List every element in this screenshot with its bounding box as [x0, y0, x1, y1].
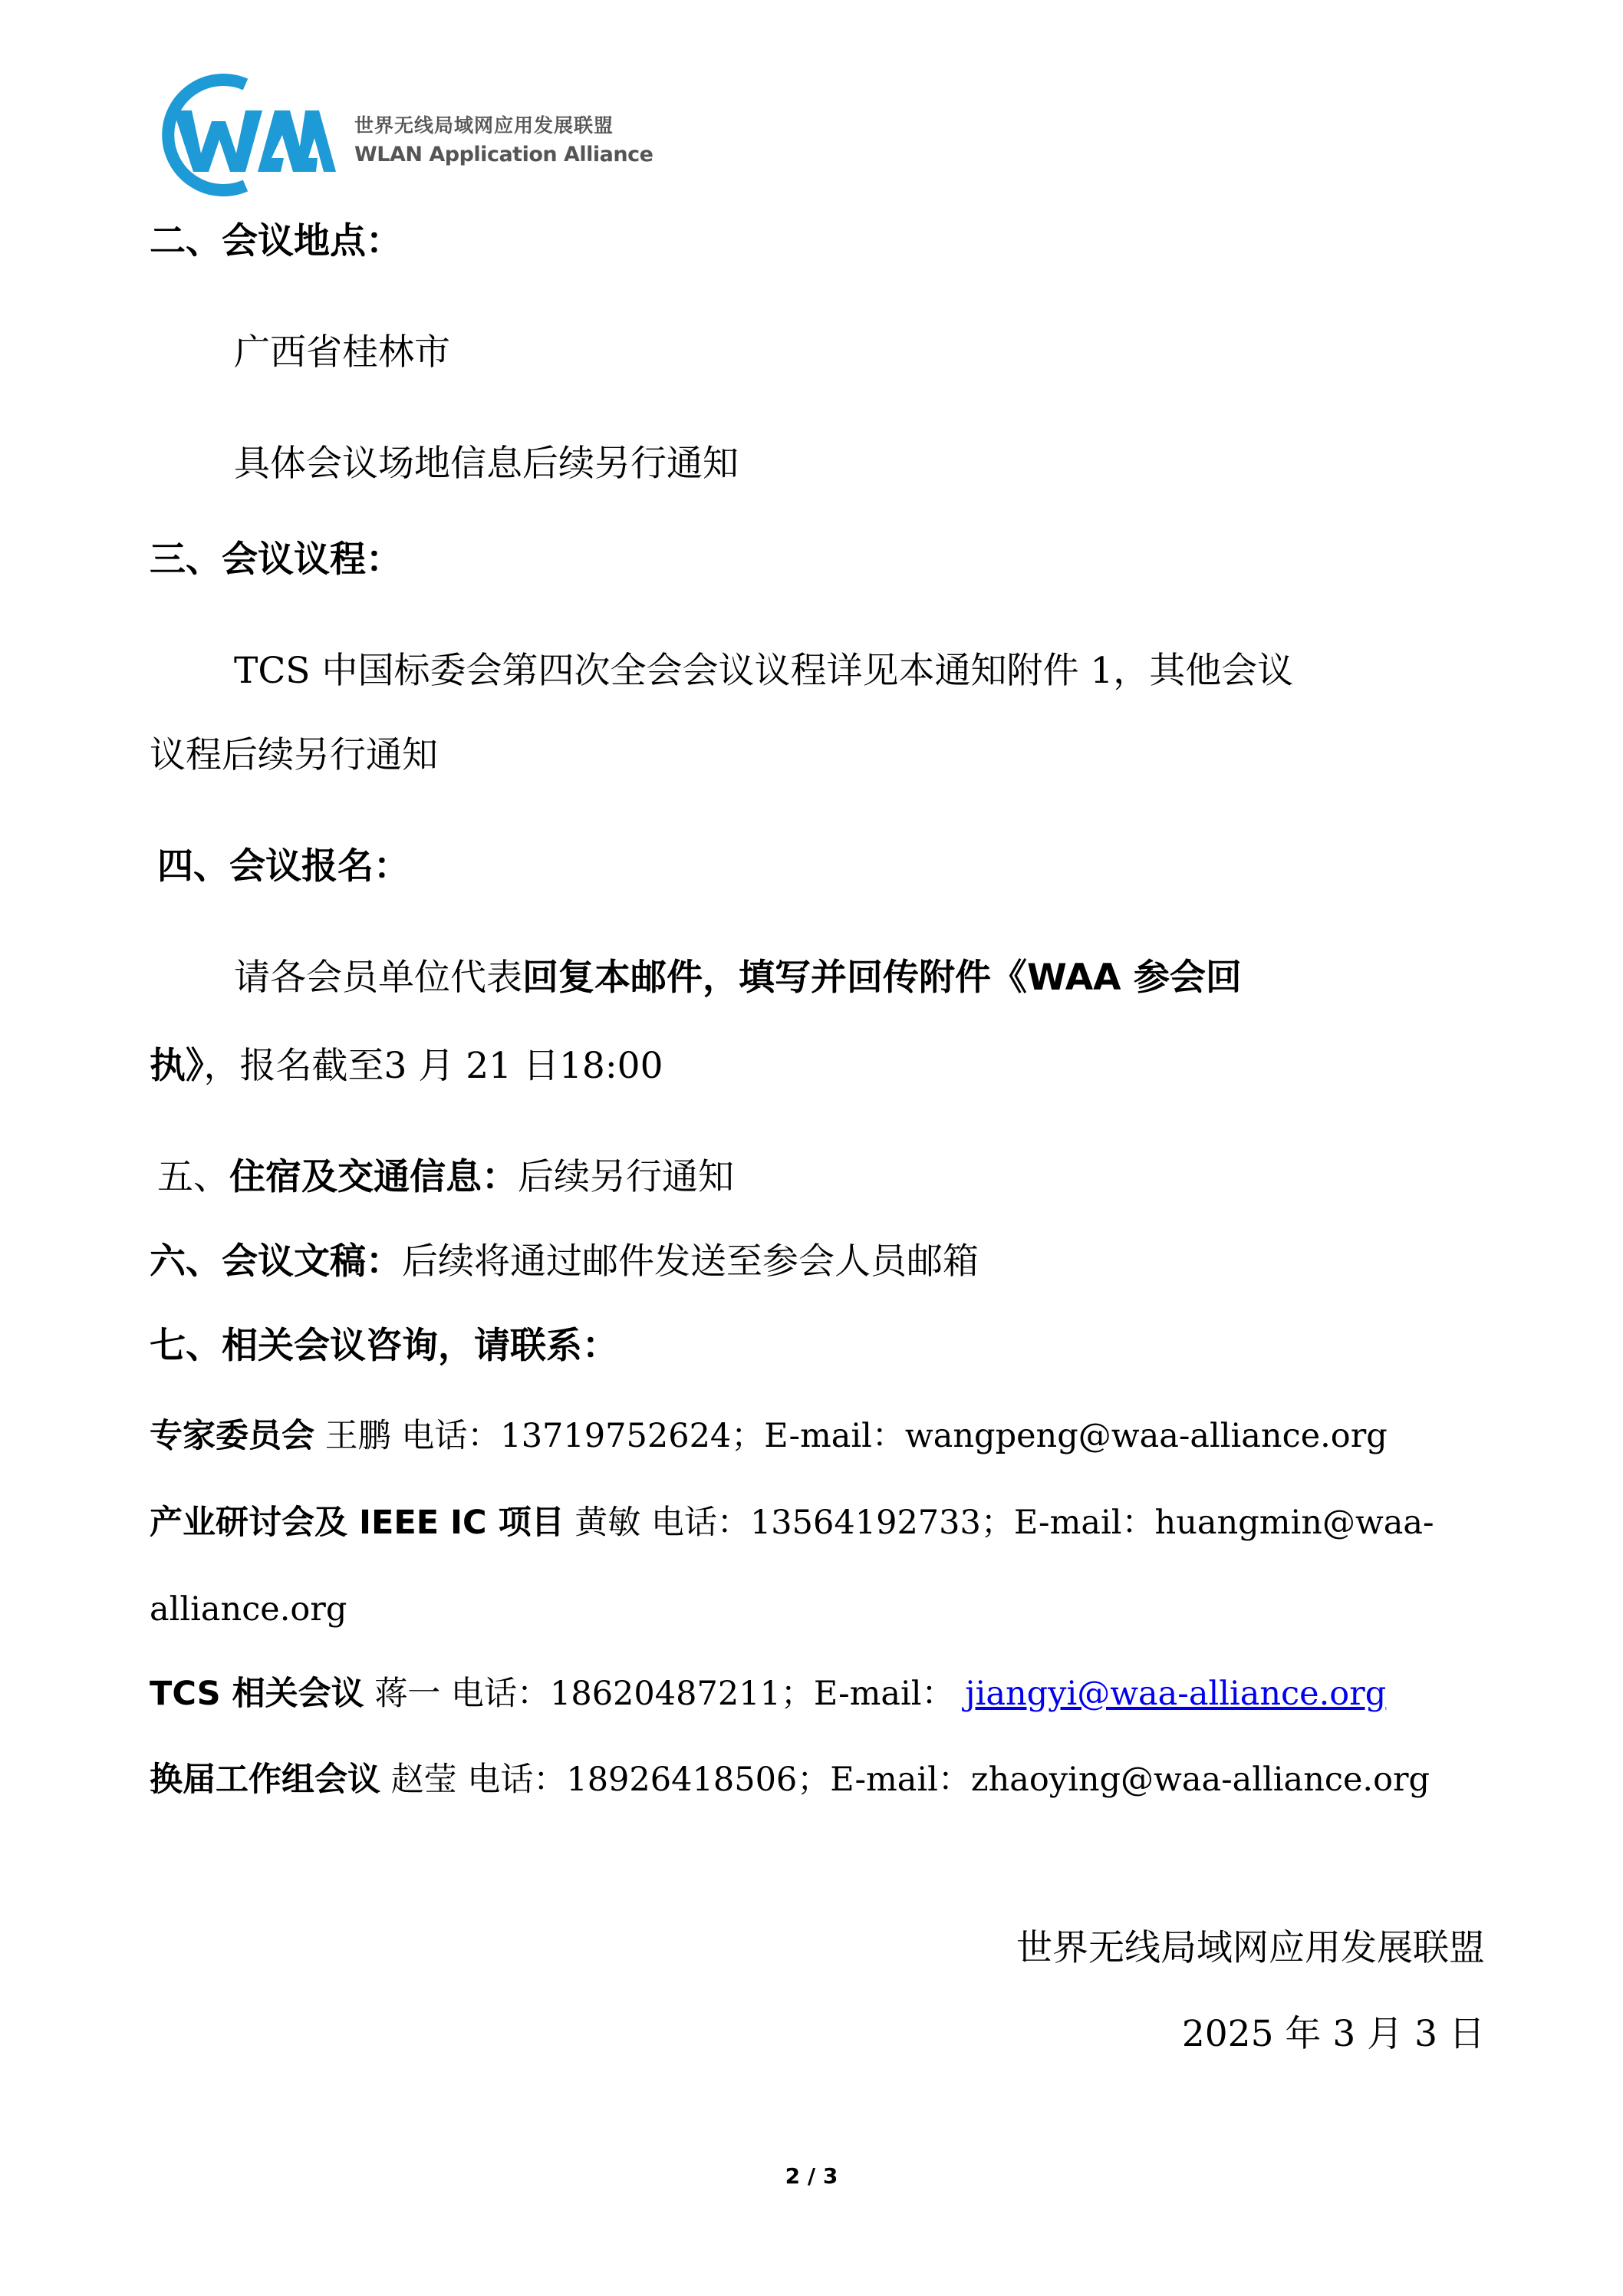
header-logo: 世界无线局域网应用发展联盟 WLAN Application Alliance — [146, 74, 637, 196]
registration-action-bold: 回复本邮件，填写并回传附件《WAA 参会回 — [522, 957, 1242, 999]
contact-topic: TCS 相关会议 — [150, 1675, 364, 1713]
agenda-text-line2: 议程后续另行通知 — [150, 733, 438, 779]
logo-wordmark: 世界无线局域网应用发展联盟 WLAN Application Alliance — [354, 110, 653, 166]
documents-heading: 六、会议文稿： — [150, 1240, 402, 1283]
documents-text: 后续将通过邮件发送至参会人员邮箱 — [402, 1240, 979, 1283]
contact-email-label: E-mail： — [1014, 1504, 1155, 1542]
registration-heading: 四、会议报名： — [157, 844, 410, 890]
org-name-en: WLAN Application Alliance — [354, 143, 653, 166]
lodging-line: 五、住宿及交通信息：后续另行通知 — [157, 1155, 734, 1201]
contact-row: 专家委员会 王鹏 电话：13719752624；E-mail：wangpeng@… — [150, 1413, 1388, 1459]
contact-row: 换届工作组会议 赵莹 电话：18926418506；E-mail：zhaoyin… — [150, 1757, 1430, 1803]
contact-row: 产业研讨会及 IEEE IC 项目 黄敏 电话：13564192733；E-ma… — [150, 1500, 1434, 1546]
signature-org: 世界无线局域网应用发展联盟 — [1016, 1925, 1485, 1972]
org-name-cn: 世界无线局域网应用发展联盟 — [354, 110, 653, 138]
contact-phone-label: 电话： — [451, 1675, 550, 1713]
contact-phone-label: 电话： — [401, 1417, 500, 1455]
contact-topic: 产业研讨会及 IEEE IC 项目 — [150, 1504, 565, 1542]
contact-email-label: E-mail： — [764, 1417, 905, 1455]
registration-deadline: ，报名截至3 月 21 日18:00 — [204, 1045, 663, 1087]
contact-phone: 18620487211； — [550, 1675, 814, 1713]
contact-email[interactable]: wangpeng@waa-alliance.org — [905, 1417, 1388, 1455]
registration-instruction: 请各会员单位代表 — [234, 957, 522, 999]
contact-topic: 换届工作组会议 — [150, 1761, 380, 1799]
contact-name: 蒋一 — [374, 1675, 440, 1713]
registration-action-bold-cont: 执》 — [150, 1045, 204, 1087]
contact-topic: 专家委员会 — [150, 1417, 314, 1455]
contact-email-link[interactable]: jiangyi@waa-alliance.org — [965, 1675, 1386, 1713]
venue-detail: 具体会议场地信息后续另行通知 — [234, 441, 739, 487]
agenda-text-line1: TCS 中国标委会第四次全会会议议程详见本通知附件 1，其他会议 — [234, 648, 1293, 694]
lodging-heading: 住宿及交通信息： — [229, 1156, 518, 1198]
contact-phone: 18926418506； — [566, 1761, 830, 1799]
contact-email[interactable]: zhaoying@waa-alliance.org — [971, 1761, 1430, 1799]
venue-heading: 二、会议地点： — [150, 219, 402, 265]
contact-name: 王鹏 — [325, 1417, 391, 1455]
contact-phone: 13719752624； — [500, 1417, 764, 1455]
contact-phone-label: 电话： — [467, 1761, 566, 1799]
agenda-heading: 三、会议议程： — [150, 537, 402, 583]
waa-logo-icon — [146, 74, 337, 196]
contact-email[interactable]: huangmin@waa- — [1155, 1504, 1434, 1542]
registration-line1: 请各会员单位代表回复本邮件，填写并回传附件《WAA 参会回 — [234, 955, 1242, 1001]
contact-phone: 13564192733； — [750, 1504, 1014, 1542]
contact-email-label: E-mail： — [830, 1761, 971, 1799]
contact-row: TCS 相关会议 蒋一 电话：18620487211；E-mail： jiang… — [150, 1671, 1386, 1717]
contacts-heading: 七、相关会议咨询，请联系： — [150, 1323, 618, 1369]
documents-line: 六、会议文稿：后续将通过邮件发送至参会人员邮箱 — [150, 1239, 979, 1285]
contact-name: 黄敏 — [574, 1504, 640, 1542]
contact-name: 赵莹 — [391, 1761, 457, 1799]
contact-email-label: E-mail： — [814, 1675, 955, 1713]
registration-line2: 执》，报名截至3 月 21 日18:00 — [150, 1043, 663, 1089]
signature-date: 2025 年 3 月 3 日 — [1182, 2011, 1485, 2057]
contact-phone-label: 电话： — [651, 1504, 750, 1542]
venue-city: 广西省桂林市 — [234, 330, 450, 376]
lodging-prefix: 五、 — [157, 1156, 229, 1198]
lodging-text: 后续另行通知 — [518, 1156, 734, 1198]
contact-email-continuation[interactable]: alliance.org — [150, 1586, 347, 1632]
page-indicator: 2 / 3 — [0, 2163, 1623, 2189]
